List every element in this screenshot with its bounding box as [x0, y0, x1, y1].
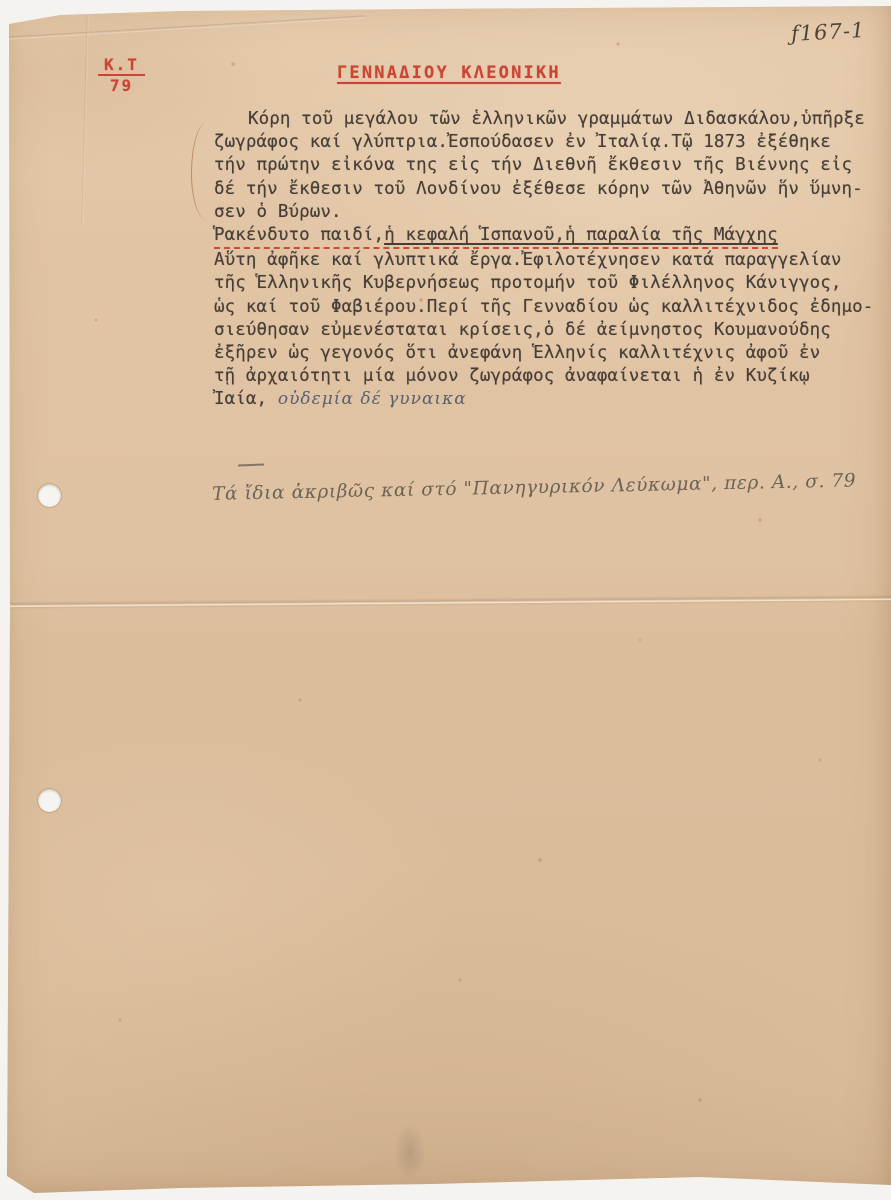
typed-line: Αὕτη ἀφῆκε καί γλυπτικά ἔργα.Ἐφιλοτέχνησ… [214, 249, 882, 272]
works-phrase: Ῥακένδυτο παιδί, [214, 225, 384, 245]
typed-line-last: Ἰαία, οὐδεμία δέ γυναικα [214, 388, 882, 411]
stamp-number: 79 [98, 77, 145, 95]
typed-body: Κόρη τοῦ μεγάλου τῶν ἑλληνικῶν γραμμάτων… [214, 108, 882, 411]
typed-line: τῆς Ἑλληνικῆς Κυβερνήσεως προτομήν τοῦ Φ… [214, 272, 882, 295]
typed-line: δέ τήν ἔκθεσιν τοῦ Λονδίνου ἐξέθεσε κόρη… [214, 178, 882, 201]
typed-fragment: Ἰαία, [214, 389, 267, 409]
typed-line: ἐξῆρεν ὡς γεγονός ὅτι ἀνεφάνη Ἑλληνίς κα… [214, 342, 882, 365]
handwritten-addition: οὐδεμία δέ γυναικα [278, 389, 467, 409]
archive-stamp: Κ.Τ 79 [98, 56, 145, 95]
hole-punch-bottom [38, 789, 61, 812]
typed-line: τήν πρώτην εἰκόνα της εἰς τήν Διεθνῆ ἔκθ… [214, 154, 882, 177]
paper-crease-vertical [81, 16, 88, 226]
fold-crease [0, 594, 891, 609]
typed-line: σιεύθησαν εὐμενέσταται κρίσεις,ὁ δέ ἀείμ… [214, 319, 882, 342]
corner-reference-mark: ƒ167-1 [790, 18, 865, 46]
ink-smudge [388, 1112, 432, 1192]
typed-line: σεν ὁ Βύρων. [214, 201, 882, 224]
typed-line: ὡς καί τοῦ Φαβιέρου.Περί τῆς Γενναδίου ὡ… [214, 296, 882, 319]
stamp-code: Κ.Τ [98, 56, 145, 76]
works-phrase-underlined: ἡ παραλία τῆς Μάγχης [565, 225, 778, 245]
hole-punch-top [38, 484, 61, 507]
typed-line-works: Ῥακένδυτο παιδί,ἡ κεφαλή Ἱσπανοῦ,ἡ παραλ… [214, 224, 882, 249]
scanned-archive-page: { "doc": { "corner_mark": "ƒ167-1", "sta… [0, 0, 891, 1200]
paper-crease-top [6, 15, 366, 39]
typed-line: Κόρη τοῦ μεγάλου τῶν ἑλληνικῶν γραμμάτων… [214, 108, 882, 131]
works-phrase-underlined: ἡ κεφαλή Ἱσπανοῦ, [384, 225, 565, 245]
typed-line: τῇ ἀρχαιότητι μία μόνον ζωγράφος ἀναφαίν… [214, 365, 882, 388]
typed-line: ζωγράφος καί γλύπτρια.Ἐσπούδασεν ἐν Ἰταλ… [214, 131, 882, 154]
page-title: ΓΕΝΝΑΔΙΟΥ ΚΛΕΟΝΙΚΗ [337, 63, 561, 83]
